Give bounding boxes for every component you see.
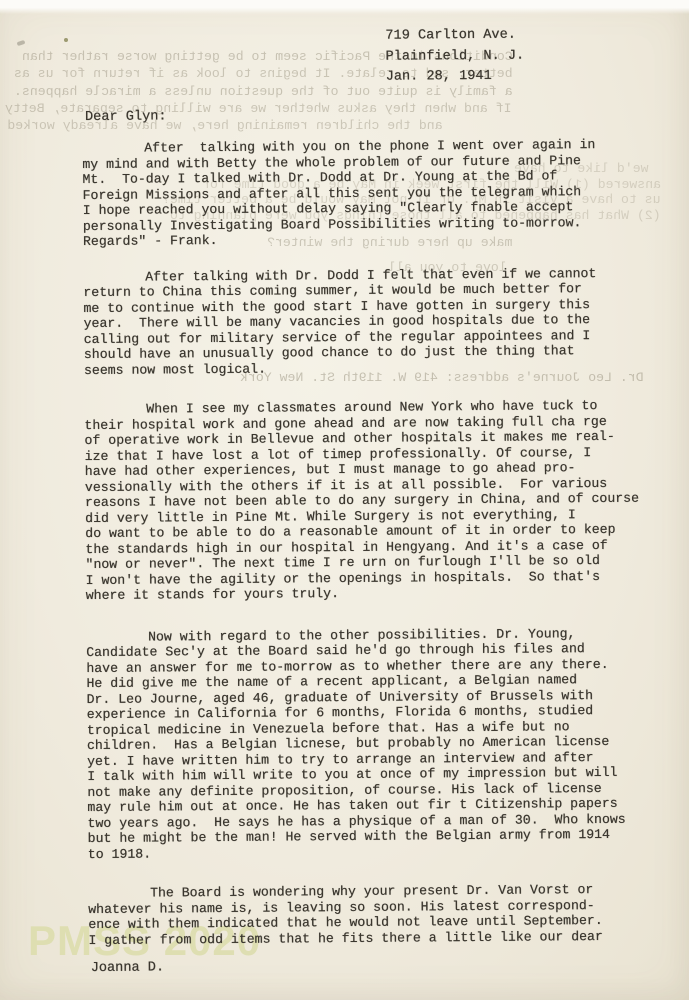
letter-page: PMSS 2020 Conditions in the Pacific seem… bbox=[0, 0, 689, 1000]
paragraph-1: After talking with you on the phone I we… bbox=[82, 136, 681, 249]
paragraph-4: Now with regard to the other possibiliti… bbox=[86, 625, 686, 862]
paragraph-5: The Board is wondering why your present … bbox=[88, 881, 686, 948]
signature: Joanna D. bbox=[91, 956, 687, 976]
letter-content: 719 Carlton Ave. Plainfield, N. J. Jan. … bbox=[0, 0, 689, 1000]
letter-date: Jan. 28, 1941 bbox=[386, 67, 525, 89]
return-address-line: 719 Carlton Ave. bbox=[385, 26, 524, 48]
return-address-block: 719 Carlton Ave. Plainfield, N. J. Jan. … bbox=[385, 26, 524, 89]
salutation: Dear Glyn: bbox=[85, 109, 167, 125]
paragraph-2: After talking with Dr. Dodd I felt that … bbox=[83, 265, 682, 378]
letter-body: After talking with you on the phone I we… bbox=[82, 136, 687, 976]
paragraph-3: When I see my classmates around New York… bbox=[84, 397, 684, 603]
return-address-line: Plainfield, N. J. bbox=[385, 46, 524, 68]
